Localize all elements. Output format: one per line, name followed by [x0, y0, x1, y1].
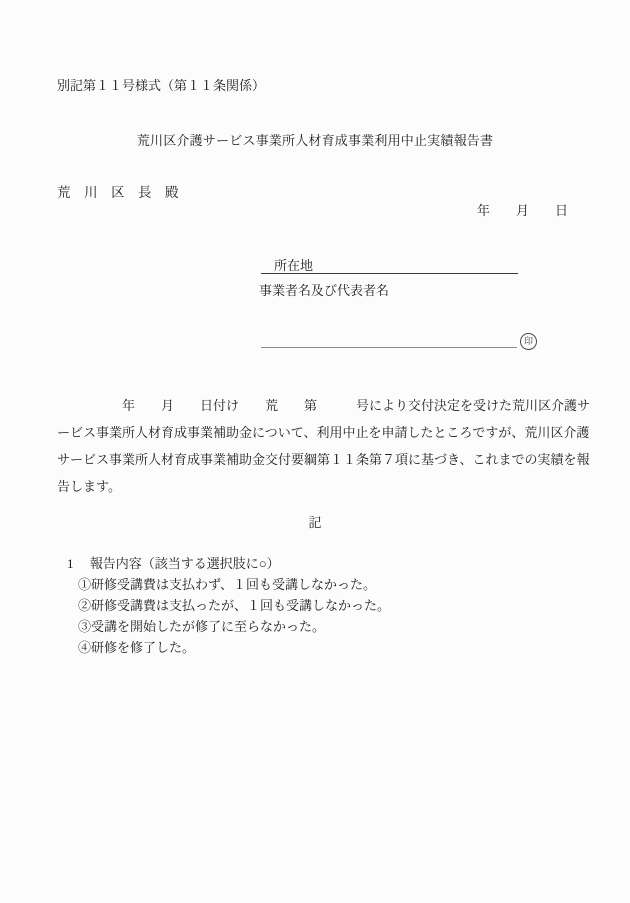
body-line: 告します。: [57, 473, 579, 500]
seal-mark-icon: 印: [520, 333, 537, 350]
option-item-1: ①研修受講費は支払わず、１回も受講しなかった。: [78, 574, 390, 595]
document-title: 荒川区介護サービス事業所人材育成事業利用中止実績報告書: [0, 130, 630, 149]
document-page: 別記第１１号様式（第１１条関係） 荒川区介護サービス事業所人材育成事業利用中止実…: [0, 0, 630, 903]
business-name-label: 事業者名及び代表者名: [259, 280, 389, 299]
addressee-label: 荒 川 区 長 殿: [57, 181, 179, 201]
body-line: ービス事業所人材育成事業補助金について、利用中止を申請したところですが、荒川区介…: [57, 419, 579, 446]
address-label: 所在地: [274, 258, 313, 273]
body-paragraph: 年 月 日付け 荒 第 号により交付決定を受けた荒川区介護サ ービス事業所人材育…: [57, 392, 579, 500]
report-options-list: ①研修受講費は支払わず、１回も受講しなかった。 ②研修受講費は支払ったが、１回も…: [78, 574, 390, 658]
option-item-3: ③受講を開始したが修了に至らなかった。: [78, 616, 390, 637]
body-line: 年 月 日付け 荒 第 号により交付決定を受けた荒川区介護サ: [57, 392, 579, 419]
address-field-row: 所在地: [261, 255, 518, 274]
form-number-label: 別記第１１号様式（第１１条関係）: [57, 75, 265, 94]
option-item-2: ②研修受講費は支払ったが、１回も受講しなかった。: [78, 595, 390, 616]
record-heading: 記: [0, 512, 630, 531]
body-line: サービス事業所人材育成事業補助金交付要綱第１１条第７項に基づき、これまでの実績を…: [57, 446, 579, 473]
section1-heading: 1 報告内容（該当する選択肢に○）: [67, 553, 280, 572]
date-line: 年 月 日: [477, 200, 568, 219]
option-item-4: ④研修を修了した。: [78, 637, 390, 658]
signature-fill-line: [261, 329, 517, 348]
